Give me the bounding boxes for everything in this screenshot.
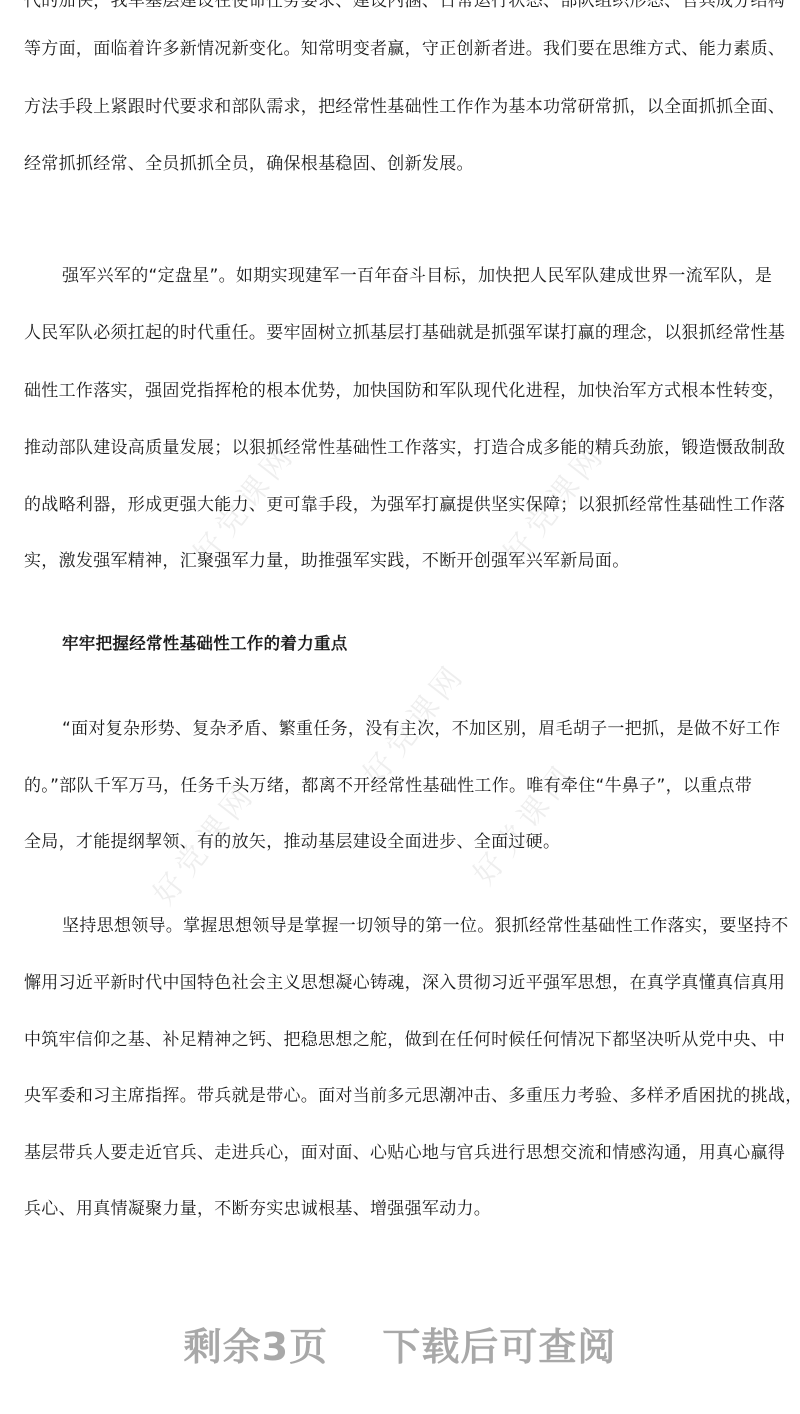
download-to-view-label: 下载后可查阅: [382, 1325, 616, 1369]
paragraph-line: 础性工作落实，强固党指挥枪的根本优势，加快国防和军队现代化进程，加快治军方式根本…: [24, 380, 780, 402]
paragraph-line: 方法手段上紧跟时代要求和部队需求，把经常性基础性工作作为基本功常研常抓，以全面抓…: [24, 96, 780, 118]
paragraph-line: 懈用习近平新时代中国特色社会主义思想凝心铸魂，深入贯彻习近平强军思想，在真学真懂…: [24, 972, 780, 994]
paragraph-line: 全局，才能提纲挈领、有的放矢，推动基层建设全面进步、全面过硬。: [24, 831, 780, 853]
paragraph-line: 坚持思想领导。掌握思想领导是掌握一切领导的第一位。狠抓经常性基础性工作落实，要坚…: [62, 915, 780, 937]
paragraph-line: 人民军队必须扛起的时代重任。要牢固树立抓基层打基础就是抓强军谋打赢的理念，以狠抓…: [24, 322, 780, 344]
paragraph-line: 兵心、用真情凝聚力量，不断夯实忠诚根基、增强强军动力。: [24, 1198, 780, 1220]
paragraph-line: 代的加快，我军基层建设在使命任务要求、建设内涵、日常运行状态、部队组织形态、官兵…: [24, 0, 780, 12]
paragraph-line: 等方面，面临着许多新情况新变化。知常明变者赢，守正创新者进。我们要在思维方式、能…: [24, 38, 780, 60]
paragraph-line: 强军兴军的“定盘星”。如期实现建军一百年奋斗目标，加快把人民军队建成世界一流军队…: [62, 265, 780, 287]
paragraph-line: “面对复杂形势、复杂矛盾、繁重任务，没有主次，不加区别，眉毛胡子一把抓，是做不好…: [62, 718, 780, 740]
paragraph-line: 的战略利器，形成更强大能力、更可靠手段，为强军打赢提供坚实保障；以狠抓经常性基础…: [24, 494, 780, 516]
paragraph-line: 实，激发强军精神，汇聚强军力量，助推强军实践，不断开创强军兴军新局面。: [24, 550, 780, 572]
watermark: 好党课网: [460, 752, 583, 893]
paragraph-line: 中筑牢信仰之基、补足精神之钙、把稳思想之舵，做到在任何时候任何情况下都坚决听从党…: [24, 1029, 780, 1051]
document-page: 好党课网 好党课网 好党课网 好党课网 好党课网 代的加快，我军基层建设在使命任…: [0, 0, 800, 1414]
paragraph-line: 基层带兵人要走近官兵、走进兵心，面对面、心贴心地与官兵进行思想交流和情感沟通，用…: [24, 1142, 780, 1164]
download-prompt[interactable]: 剩余3页 下载后可查阅: [0, 1316, 800, 1371]
paragraph-line: 经常抓抓经常、全员抓抓全员，确保根基稳固、创新发展。: [24, 153, 780, 175]
paragraph-line: 央军委和习主席指挥。带兵就是带心。面对当前多元思潮冲击、多重压力考验、多样矛盾困…: [24, 1085, 780, 1107]
remaining-pages-label: 剩余3页: [184, 1325, 328, 1369]
section-heading: 牢牢把握经常性基础性工作的着力重点: [62, 633, 780, 655]
paragraph-line: 推动部队建设高质量发展；以狠抓经常性基础性工作落实，打造合成多能的精兵劲旅，锻造…: [24, 437, 780, 459]
paragraph-line: 的。”部队千军万马，任务千头万绪，都离不开经常性基础性工作。唯有牵住“牛鼻子”，…: [24, 775, 780, 797]
